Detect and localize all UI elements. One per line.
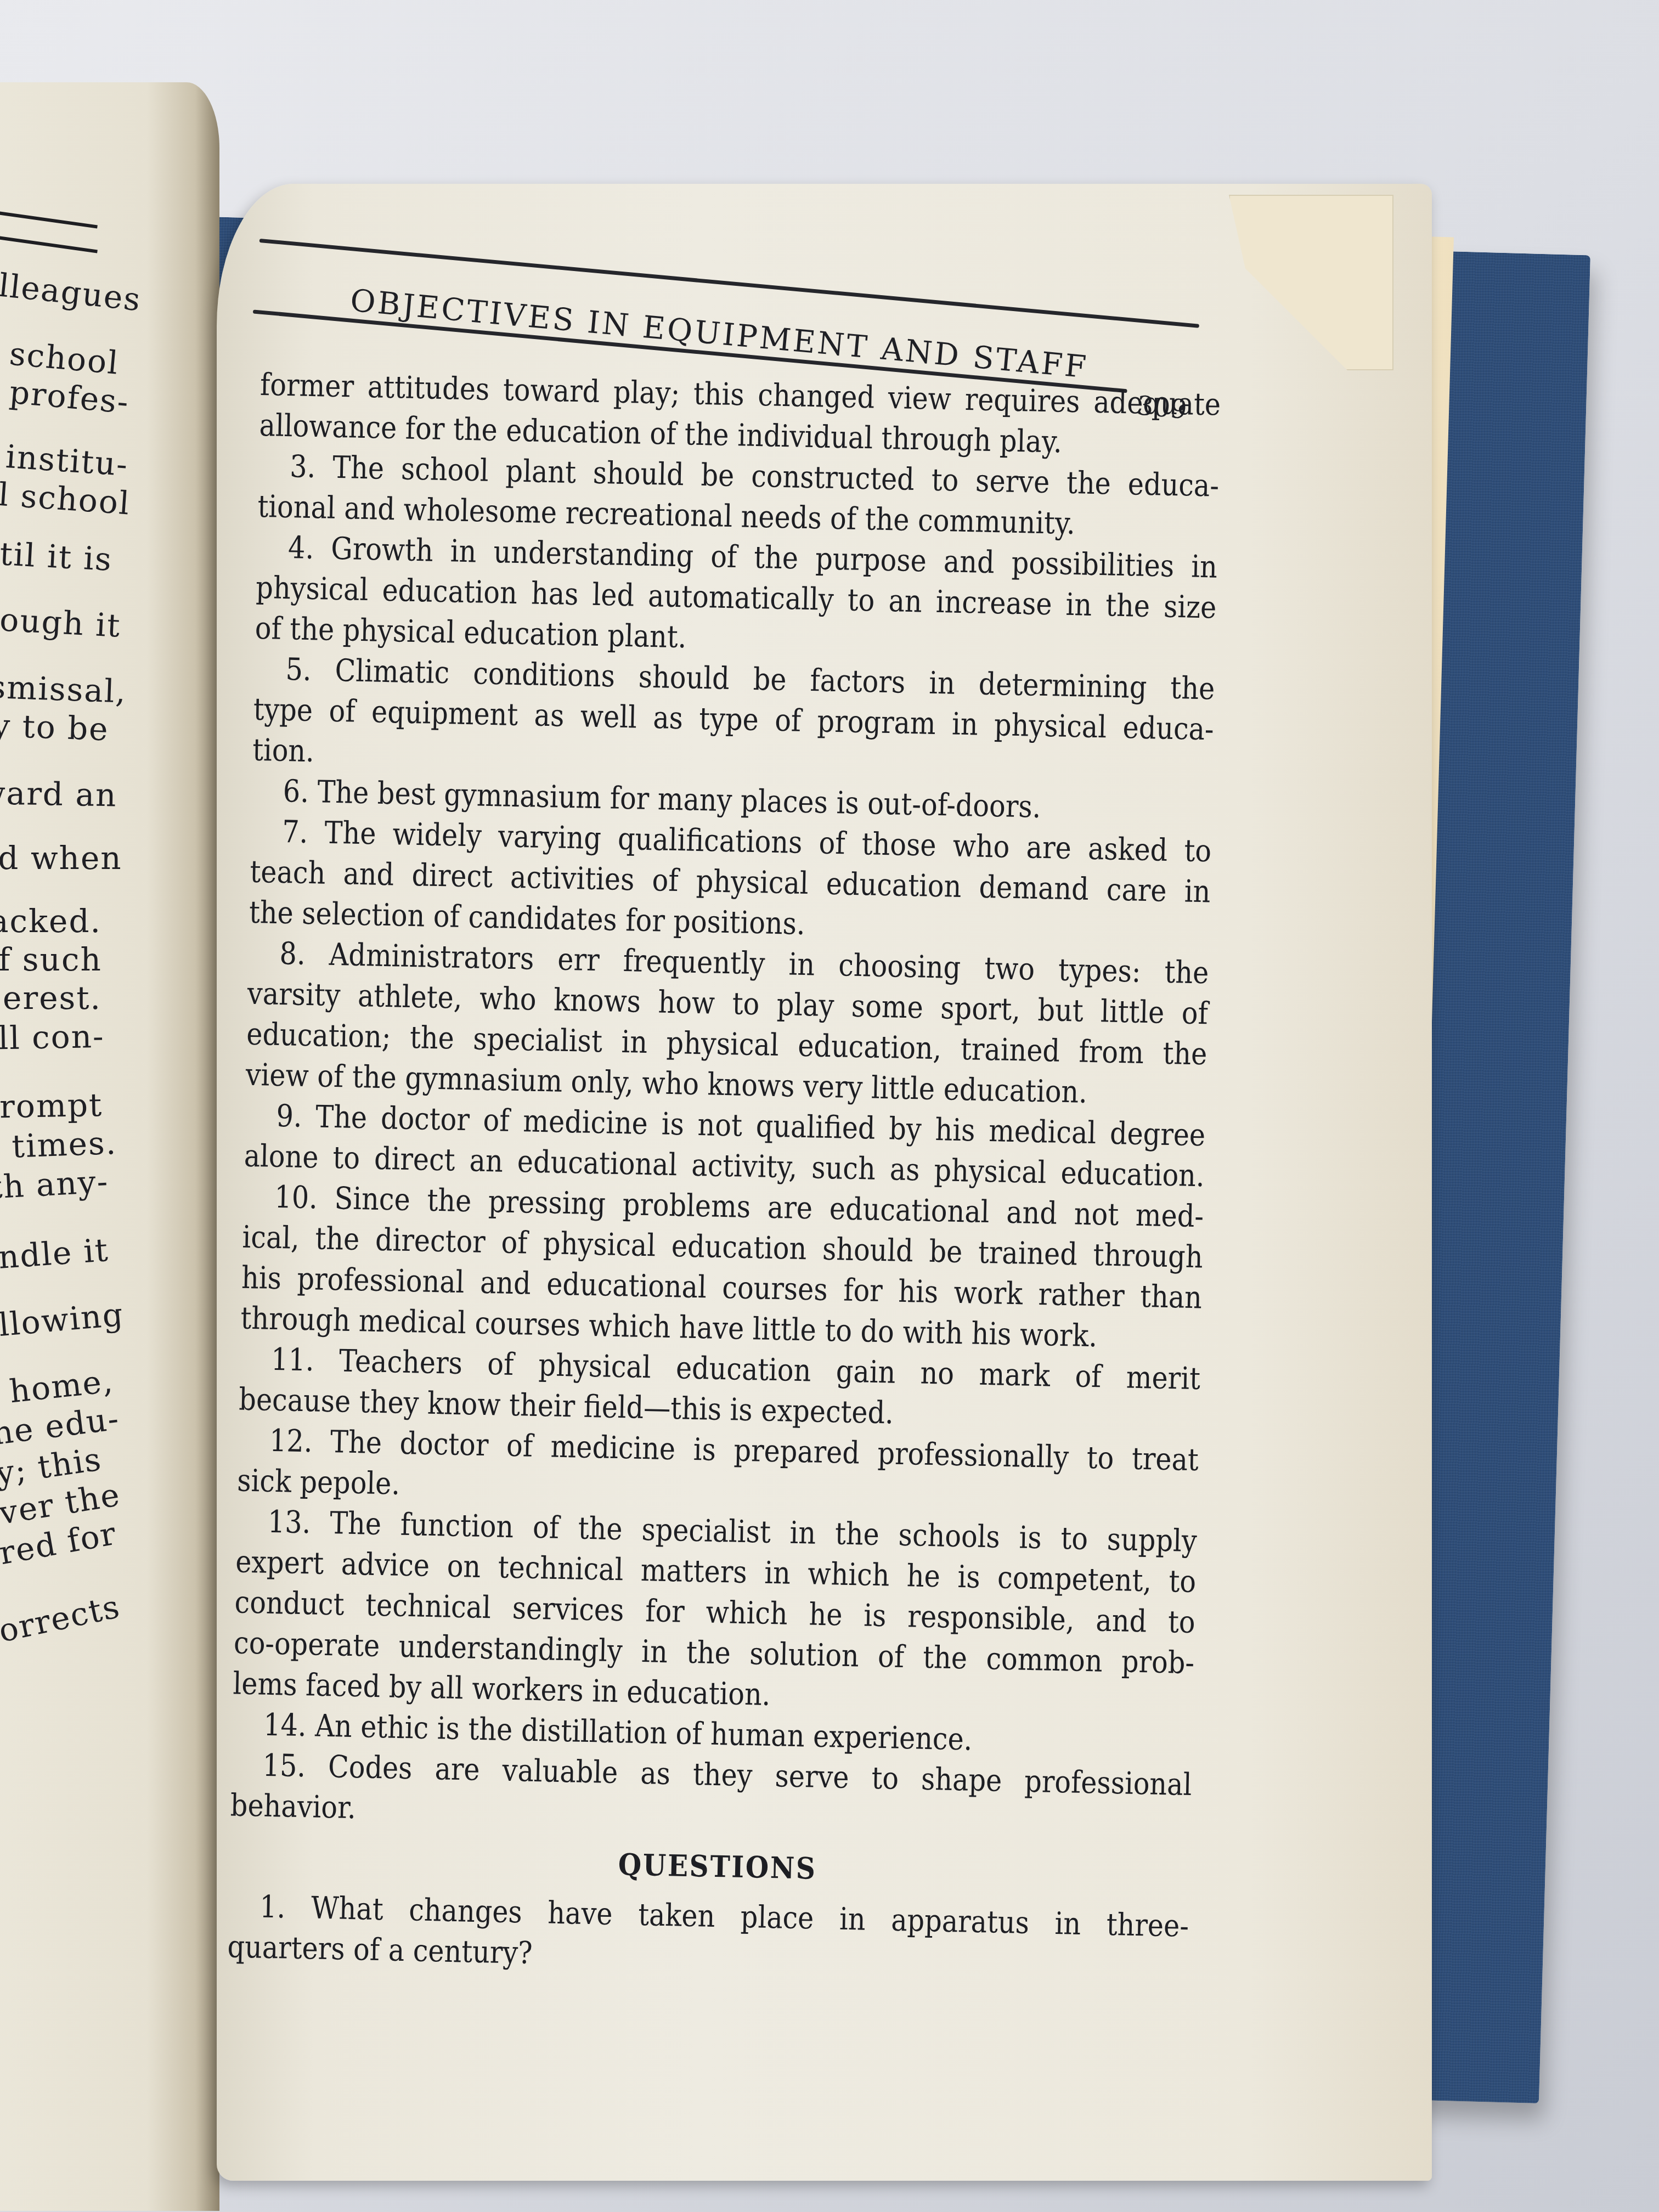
left-page-line-fragment: al school	[0, 474, 103, 520]
left-header-rule-bottom	[0, 233, 98, 253]
left-page-line-fragment: olleagues	[0, 264, 104, 314]
left-page-line-fragment: corrects	[0, 1592, 105, 1654]
left-page-line-fragment: r institu-	[0, 436, 103, 482]
left-page-line-fragment: ll times.	[0, 1125, 102, 1166]
page-body: former attitudes toward play; this chang…	[227, 365, 1237, 1988]
left-page-line-fragment: ed when	[0, 839, 101, 877]
left-page-line-fragment: ollowing	[0, 1297, 103, 1345]
left-page-line-fragment: prompt	[0, 1086, 102, 1126]
left-page-line-fragment: ntil it is	[0, 534, 103, 578]
left-page-line-fragment: ty to be	[0, 706, 102, 748]
left-page-line-fragment: hough it	[0, 600, 103, 644]
left-page-line-fragment: ismissal,	[0, 668, 102, 709]
body-paragraphs: former attitudes toward play; this chang…	[230, 365, 1237, 1847]
left-page-line-fragment: e school	[0, 332, 103, 380]
dog-eared-corner	[1229, 195, 1393, 370]
left-page-line-fragment: of such	[0, 941, 101, 978]
left-page-line-fragment: erest.	[0, 979, 101, 1017]
left-header-rule-top	[0, 208, 98, 229]
photo-scene: olleaguese schoole profes-r institu-al s…	[0, 0, 1659, 2212]
left-page-line-fragment: acked.	[0, 902, 101, 940]
right-page: OBJECTIVES IN EQUIPMENT AND STAFF 309 fo…	[217, 184, 1432, 2181]
left-page: olleaguese schoole profes-r institu-al s…	[0, 82, 219, 2211]
left-page-line-fragment: andle it	[0, 1232, 103, 1278]
left-page-line-fragment: ward an	[0, 774, 102, 814]
left-page-line-fragment: all con-	[0, 1018, 102, 1057]
left-page-line-fragment: ith any-	[0, 1163, 103, 1207]
